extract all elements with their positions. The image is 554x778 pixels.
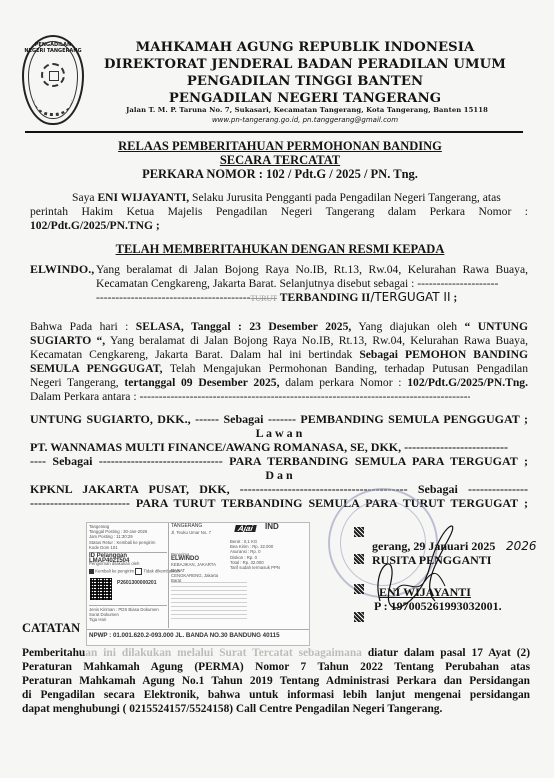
receipt-npwp: NPWP : 01.001.620.2-093.000 JL. BANDA NO… xyxy=(87,629,310,641)
party-respondent: PT. WANNAMAS MULTI FINANCE/AWANG ROMANAS… xyxy=(30,441,528,454)
body-line1: Bahwa Pada hari : SELASA, Tanggal : 23 D… xyxy=(30,320,528,333)
letterhead-web: www.pn-tangerang.go.id, pn.tanggerang@gm… xyxy=(95,116,515,124)
recipient-name: ELWINDO., xyxy=(30,263,94,276)
body-line6: Dalam Perkara antara : -----------------… xyxy=(30,390,470,403)
small-qr-icon xyxy=(354,612,364,622)
party-respondent-role: ---- Sebagai ---------------------------… xyxy=(30,455,528,468)
intro-line2: perintah Hakim Ketua Majelis Pengadilan … xyxy=(30,205,528,218)
intro-line3: 102/Pdt.G/2025/PN.TNG ; xyxy=(30,219,528,232)
body-line4: SEMULA PENGGUGAT, Telah Mengajukan Permo… xyxy=(30,362,528,375)
receipt-barcode-number: P2601300000201 xyxy=(117,581,157,586)
recipient-address-line2: Kecamatan Cengkareng, Jakarta Barat. Sel… xyxy=(96,277,528,290)
receipt-note: Pengiriman dilakukan oleh xyxy=(89,561,139,566)
signature-place-date: gerang, 29 Januari 2025 xyxy=(372,539,495,554)
receipt-destination: TANGERANG xyxy=(171,524,202,529)
receipt-destination-sub: Jl. Teuku Umar No. 7 xyxy=(171,530,211,535)
receipt-fees: Berat : 0,1 KG Bea Kirim : Rp. 32.000 As… xyxy=(230,539,310,570)
body-line2: SUGIARTO “, Yang beralamat di Jalan Bojo… xyxy=(30,334,528,347)
emblem-icon xyxy=(41,63,65,87)
party-co-respondent: KPKNL JAKARTA PUSAT, DKK, --------------… xyxy=(30,483,528,496)
letterhead-line2: DIREKTORAT JENDERAL BADAN PERADILAN UMUM xyxy=(95,57,515,72)
receipt-posting-info: Tangerang Tanggal Posting : 30-Jan-2026 … xyxy=(89,524,167,550)
recipient-address-line1: Yang beralamat di Jalan Bojong Raya No.I… xyxy=(96,263,528,276)
ajai-brand-logo: Ajai xyxy=(234,525,256,532)
struck-text: TURUT xyxy=(250,294,277,303)
letterhead-line3: PENGADILAN TINGGI BANTEN xyxy=(95,74,515,89)
receipt-checkboxes: Kembali ke pengirim Tidak dikembalikan xyxy=(89,568,180,575)
case-number: PERKARA NOMOR : 102 / Pdt.G / 2025 / PN.… xyxy=(80,167,480,182)
qr-code-icon xyxy=(90,578,112,600)
party-appellant: UNTUNG SUGIARTO, DKK., ------ Sebagai --… xyxy=(30,413,528,426)
postal-receipt: Tangerang Tanggal Posting : 30-Jan-2026 … xyxy=(86,522,310,646)
bailiff-name: ENI WIJAYANTI, xyxy=(97,191,189,204)
recipient-role: ----------------------------------------… xyxy=(96,291,536,305)
note-line5: dapat menghubungi ( 0215524157/5524158) … xyxy=(22,703,530,716)
note-line2: Peraturan Mahkamah Agung (PERMA) Nomor 7… xyxy=(22,661,530,674)
signatory-name: ENI WIJAYANTI xyxy=(379,585,471,600)
receipt-content-info: Jenis Kiriman : PDS Biasa Dokumen Surat … xyxy=(89,605,167,623)
receipt-divider xyxy=(168,523,169,628)
small-qr-icon xyxy=(354,584,364,594)
document-subtitle: SECARA TERCATAT xyxy=(80,153,480,168)
court-logo: PENGADILAN NEGERI TANGERANG xyxy=(22,35,84,125)
header-rule xyxy=(25,131,523,133)
brand2-logo: IND xyxy=(265,524,279,529)
logo-text: PENGADILAN NEGERI TANGERANG xyxy=(24,42,82,54)
small-qr-icon xyxy=(354,554,364,564)
intro-line1: Saya ENI WIJAYANTI, Selaku Jurusita Peng… xyxy=(72,191,532,204)
body-line3: Kecamatan Cengkareng, Jakarta Barat. Dal… xyxy=(30,348,528,361)
receipt-terms xyxy=(171,579,247,619)
checkbox-empty-icon xyxy=(135,568,142,575)
document-title: RELAAS PEMBERITAHUAN PERMOHONAN BANDING xyxy=(80,139,480,154)
catatan-label: CATATAN xyxy=(22,621,80,636)
letterhead-line1: MAHKAMAH AGUNG REPUBLIK INDONESIA xyxy=(95,40,515,55)
note-line3: Peraturan Mahkamah Agung No.1 Tahun 2019… xyxy=(22,675,530,688)
letterhead-address: Jalan T. M. P. Taruna No. 7, Sukasari, K… xyxy=(92,106,522,114)
signature-role: RUSITA PENGGANTI xyxy=(372,553,491,568)
body-line5: Negeri Tangerang, tertanggal 09 Desember… xyxy=(30,376,528,389)
small-qr-icon xyxy=(354,527,364,537)
handwritten-year: 2026 xyxy=(506,539,537,553)
lawan-label: L a w a n xyxy=(30,427,528,440)
signatory-nip: P : 197005261993032001. xyxy=(374,599,502,614)
checkbox-checked-icon xyxy=(89,569,94,574)
section-heading: TELAH MEMBERITAHUKAN DENGAN RESMI KEPADA xyxy=(80,242,480,257)
note-line1: Pemberitahuan ini dilakukan melalui Sura… xyxy=(22,647,530,660)
handwritten-correction: /TERGUGAT II xyxy=(370,290,450,304)
letterhead-line4: PENGADILAN NEGERI TANGERANG xyxy=(95,91,515,106)
note-line4: di Pengadilan secara Elektronik, bahwa u… xyxy=(22,689,530,702)
dan-label: D a n xyxy=(30,469,528,482)
